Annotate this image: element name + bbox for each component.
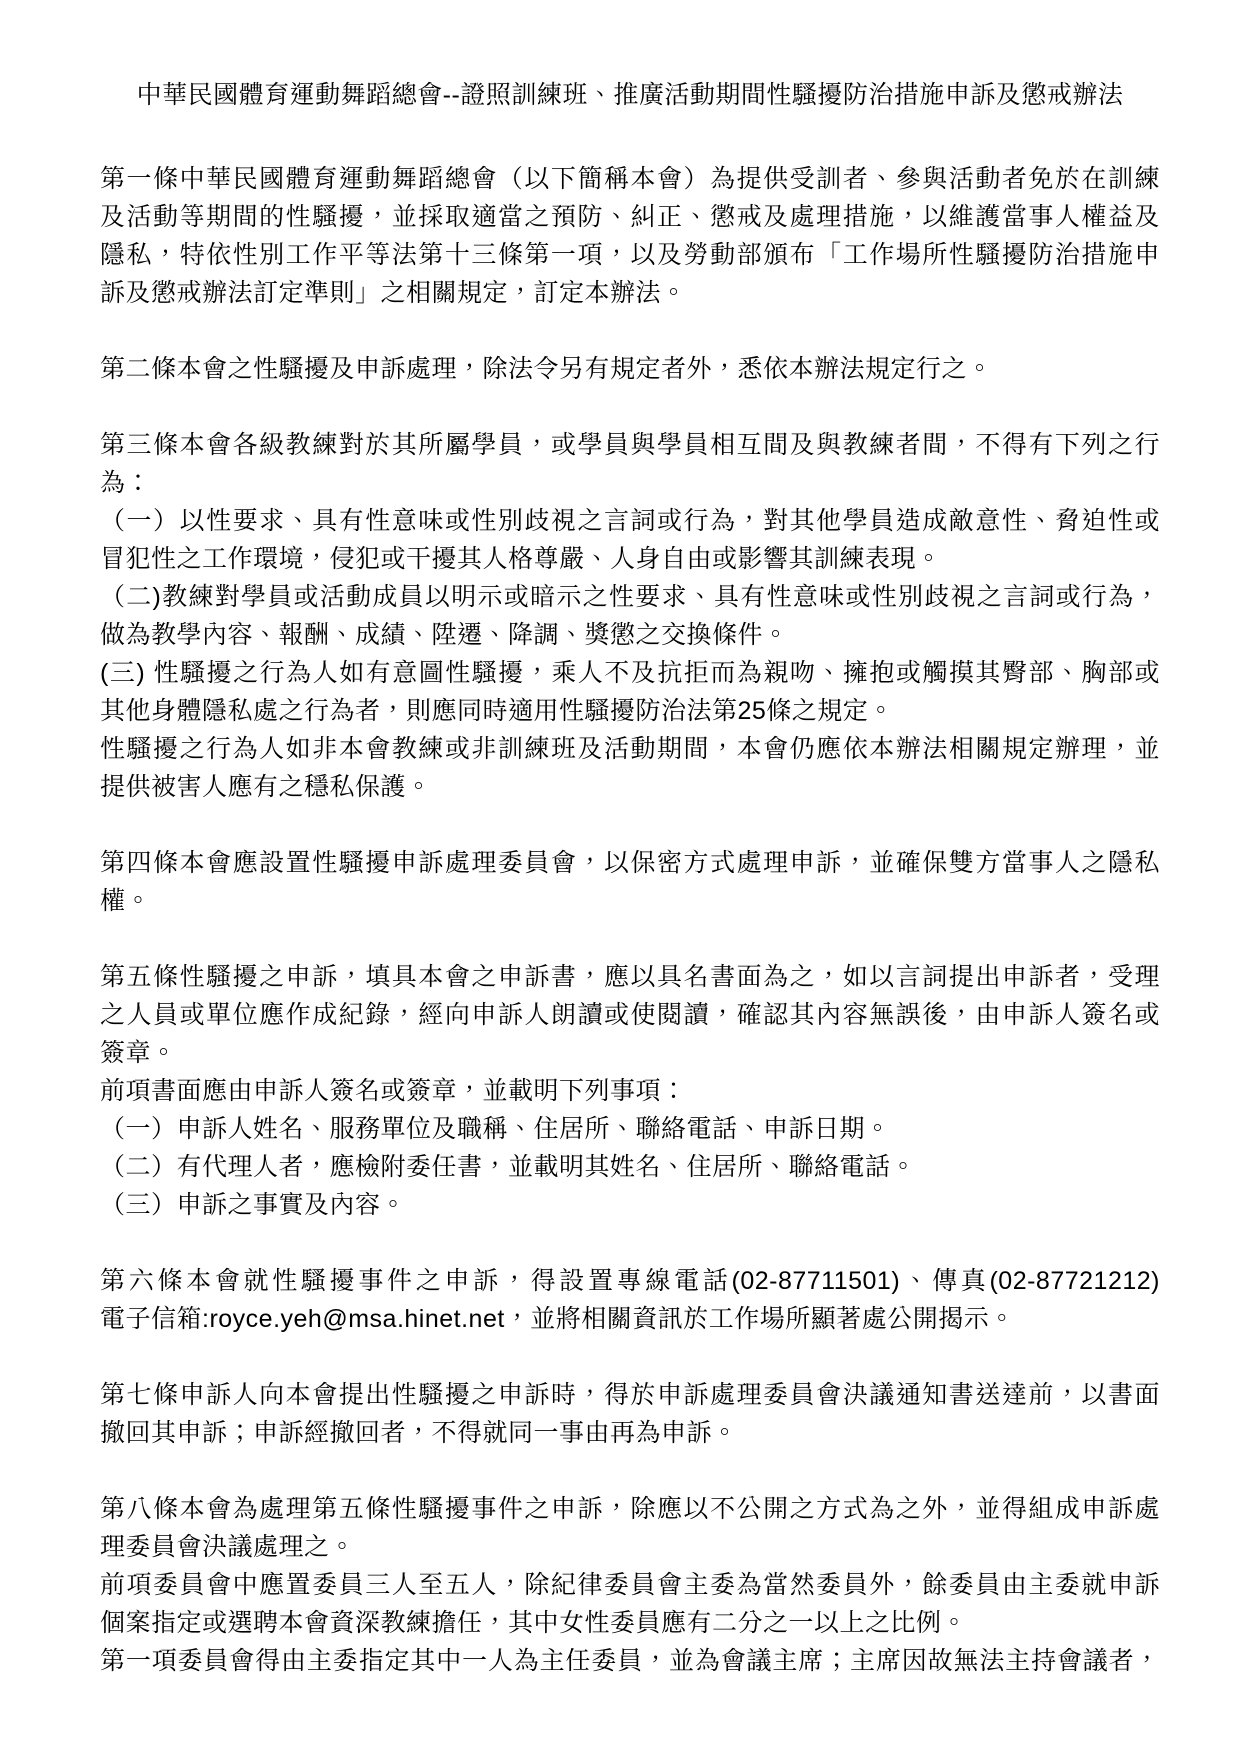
text-line: 第五條性騷擾之申訴，填具本會之申訴書，應以具名書面為之，如以言詞提出申訴者，受理 xyxy=(100,958,1160,996)
text-line: 第二條本會之性騷擾及申訴處理，除法令另有規定者外，悉依本辦法規定行之。 xyxy=(100,350,1160,388)
text-line: 權。 xyxy=(100,882,1160,920)
document-page: 中華民國體育運動舞蹈總會--證照訓練班、推廣活動期間性騷擾防治措施申訴及懲戒辦法… xyxy=(0,0,1241,1755)
text-line: 隱私，特依性別工作平等法第十三條第一項，以及勞動部頒布「工作場所性騷擾防治措施申 xyxy=(100,236,1160,274)
document-body: 第一條中華民國體育運動舞蹈總會（以下簡稱本會）為提供受訓者、參與活動者免於在訓練… xyxy=(100,160,1160,1680)
text-line: （二）有代理人者，應檢附委任書，並載明其姓名、住居所、聯絡電話。 xyxy=(100,1148,1160,1186)
article-1: 第一條中華民國體育運動舞蹈總會（以下簡稱本會）為提供受訓者、參與活動者免於在訓練… xyxy=(100,160,1160,312)
article-2: 第二條本會之性騷擾及申訴處理，除法令另有規定者外，悉依本辦法規定行之。 xyxy=(100,350,1160,388)
text-line: 撤回其申訴；申訴經撤回者，不得就同一事由再為申訴。 xyxy=(100,1414,1160,1452)
article-8: 第八條本會為處理第五條性騷擾事件之申訴，除應以不公開之方式為之外，並得組成申訴處… xyxy=(100,1490,1160,1680)
article-6: 第六條本會就性騷擾事件之申訴，得設置專線電話(02-87711501)、傳真(0… xyxy=(100,1262,1160,1338)
text-line: 做為教學內容、報酬、成績、陞遷、降調、獎懲之交換條件。 xyxy=(100,616,1160,654)
text-line: 第八條本會為處理第五條性騷擾事件之申訴，除應以不公開之方式為之外，並得組成申訴處 xyxy=(100,1490,1160,1528)
text-line: （三）申訴之事實及內容。 xyxy=(100,1186,1160,1224)
text-line: 為： xyxy=(100,464,1160,502)
text-line: 第一條中華民國體育運動舞蹈總會（以下簡稱本會）為提供受訓者、參與活動者免於在訓練 xyxy=(100,160,1160,198)
text-line: 冒犯性之工作環境，侵犯或干擾其人格尊嚴、人身自由或影響其訓練表現。 xyxy=(100,540,1160,578)
text-line: 前項書面應由申訴人簽名或簽章，並載明下列事項： xyxy=(100,1072,1160,1110)
document-title: 中華民國體育運動舞蹈總會--證照訓練班、推廣活動期間性騷擾防治措施申訴及懲戒辦法 xyxy=(100,76,1160,114)
text-line: 前項委員會中應置委員三人至五人，除紀律委員會主委為當然委員外，餘委員由主委就申訴 xyxy=(100,1566,1160,1604)
text-line: 提供被害人應有之穩私保護。 xyxy=(100,768,1160,806)
text-line: 其他身體隱私處之行為者，則應同時適用性騷擾防治法第25條之規定。 xyxy=(100,692,1160,730)
article-3: 第三條本會各級教練對於其所屬學員，或學員與學員相互間及與教練者間，不得有下列之行… xyxy=(100,426,1160,806)
text-line: （二)教練對學員或活動成員以明示或暗示之性要求、具有性意味或性別歧視之言詞或行為… xyxy=(100,578,1160,616)
text-line: 第一項委員會得由主委指定其中一人為主任委員，並為會議主席；主席因故無法主持會議者… xyxy=(100,1642,1160,1680)
text-line: （一）以性要求、具有性意味或性別歧視之言詞或行為，對其他學員造成敵意性、脅迫性或 xyxy=(100,502,1160,540)
text-line: 及活動等期間的性騷擾，並採取適當之預防、糾正、懲戒及處理措施，以維護當事人權益及 xyxy=(100,198,1160,236)
text-line: 第四條本會應設置性騷擾申訴處理委員會，以保密方式處理申訴，並確保雙方當事人之隱私 xyxy=(100,844,1160,882)
text-line: 簽章。 xyxy=(100,1034,1160,1072)
article-4: 第四條本會應設置性騷擾申訴處理委員會，以保密方式處理申訴，並確保雙方當事人之隱私… xyxy=(100,844,1160,920)
text-line: 個案指定或選聘本會資深教練擔任，其中女性委員應有二分之一以上之比例。 xyxy=(100,1604,1160,1642)
text-line: 之人員或單位應作成紀錄，經向申訴人朗讀或使閱讀，確認其內容無誤後，由申訴人簽名或 xyxy=(100,996,1160,1034)
text-line: 性騷擾之行為人如非本會教練或非訓練班及活動期間，本會仍應依本辦法相關規定辦理，並 xyxy=(100,730,1160,768)
text-line: 理委員會決議處理之。 xyxy=(100,1528,1160,1566)
text-line: 訴及懲戒辦法訂定準則」之相關規定，訂定本辦法。 xyxy=(100,274,1160,312)
text-line: 第七條申訴人向本會提出性騷擾之申訴時，得於申訴處理委員會決議通知書送達前，以書面 xyxy=(100,1376,1160,1414)
text-line: (三) 性騷擾之行為人如有意圖性騷擾，乘人不及抗拒而為親吻、擁抱或觸摸其臀部、胸… xyxy=(100,654,1160,692)
text-line: 電子信箱:royce.yeh@msa.hinet.net，並將相關資訊於工作場所… xyxy=(100,1300,1160,1338)
article-7: 第七條申訴人向本會提出性騷擾之申訴時，得於申訴處理委員會決議通知書送達前，以書面… xyxy=(100,1376,1160,1452)
text-line: 第三條本會各級教練對於其所屬學員，或學員與學員相互間及與教練者間，不得有下列之行 xyxy=(100,426,1160,464)
article-5: 第五條性騷擾之申訴，填具本會之申訴書，應以具名書面為之，如以言詞提出申訴者，受理… xyxy=(100,958,1160,1224)
text-line: 第六條本會就性騷擾事件之申訴，得設置專線電話(02-87711501)、傳真(0… xyxy=(100,1262,1160,1300)
text-line: （一）申訴人姓名、服務單位及職稱、住居所、聯絡電話、申訴日期。 xyxy=(100,1110,1160,1148)
